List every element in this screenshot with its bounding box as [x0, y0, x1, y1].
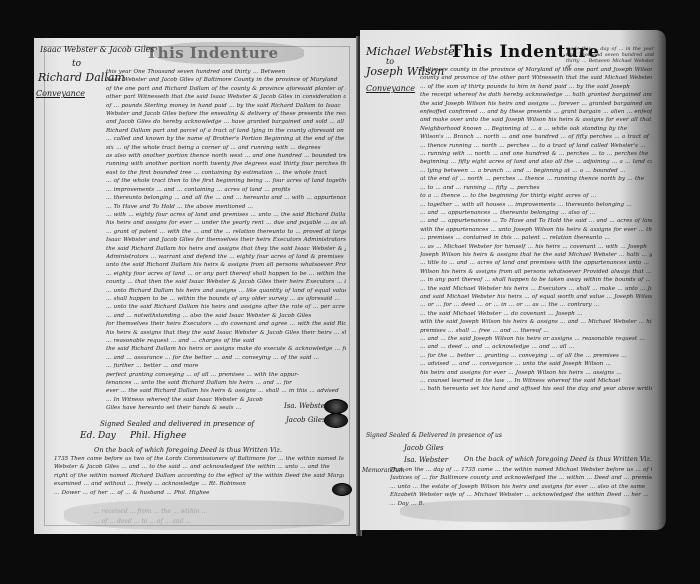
right-witness-2: Isa. Webster: [404, 456, 448, 464]
deed-text-line: the receipt whereof he doth hereby ackno…: [420, 91, 652, 99]
deed-text-line: ... together ... with all houses ... imp…: [420, 201, 652, 209]
deed-text-line: ... shall happen to be ... within the bo…: [106, 295, 346, 303]
left-margin-grantors: Isaac Webster & Jacob Giles: [40, 46, 155, 55]
deed-text-line: enfeoffed confirmed ... and by these pre…: [420, 108, 652, 116]
deed-text-line: Joseph Wilson his heirs & assigns that h…: [420, 251, 652, 259]
deed-text-line: premises ... shall ... free ... and ... …: [420, 327, 652, 335]
deed-text-line: Administrators ... warrant and defend th…: [106, 253, 346, 261]
deed-text-line: the said Joseph Wilson his heirs and ass…: [420, 100, 652, 108]
deed-text-line: the said Richard Dallam his heirs or ass…: [106, 345, 346, 353]
deed-text-line: his heirs & assigns that they the said I…: [106, 329, 346, 337]
deed-text-line: ... lying between ... a branch ... and .…: [420, 167, 652, 175]
right-margin-grantor: Michael Webster: [366, 46, 460, 58]
deed-register-book: Isaac Webster & Jacob Giles to Richard D…: [34, 36, 666, 536]
deed-text-line: to a ... thence ... to the beginning for…: [420, 192, 652, 200]
right-margin-type: Conveyance: [366, 85, 415, 94]
deed-text-line: Justices of ... for Baltimore county and…: [390, 474, 652, 482]
deed-text-line: ... grant of patent ... with the ... and…: [106, 228, 346, 236]
deed-text-line: That on the ... day of ... 1735 came ...…: [390, 466, 652, 474]
left-page: Isaac Webster & Jacob Giles to Richard D…: [34, 38, 358, 534]
right-witness-1: Jacob Giles: [404, 444, 444, 452]
deed-text-line: ... title to ... and ... acres of land a…: [420, 259, 652, 267]
deed-text-line: perfect granting conveying ... of all ..…: [106, 371, 346, 379]
deed-text-line: ... in any part thereof ... shall happen…: [420, 276, 652, 284]
deed-text-line: at the end of ... north ... perches ... …: [420, 175, 652, 183]
deed-text-line: ... or ... for ... deed ... or ... in ..…: [420, 301, 652, 309]
deed-text-line: examined ... and without ... freely ... …: [54, 480, 344, 488]
deed-text-line: this year One Thousand seven hundred and…: [106, 68, 346, 76]
deed-text-line: ... To Have and To Hold ... the above me…: [106, 203, 346, 211]
left-witness-intro: Signed Sealed and delivered in presence …: [100, 420, 254, 428]
deed-text-line: ... premises ... contained in this ... p…: [420, 234, 652, 242]
deed-text-line: of the one part and Richard Dallam of th…: [106, 85, 346, 93]
deed-text-line: ... hath hereunto set his hand and affix…: [420, 385, 652, 393]
deed-text-line: Webster & Jacob Giles ... and ... to the…: [54, 463, 344, 471]
deed-text-line: Isaac Webster and Jacob Giles for themse…: [106, 236, 346, 244]
deed-text-line: ... unto ... the estate of Joseph Wilson…: [390, 483, 652, 491]
left-signature-2: Jacob Giles: [286, 416, 326, 424]
deed-text-line: of ... pounds Sterling money in hand pai…: [106, 102, 346, 110]
deed-text-line: ... and ... appurtenances ... thereunto …: [420, 209, 652, 217]
deed-text-line: his heirs and assigns for ever ... Josep…: [420, 369, 652, 377]
deed-text-line: for themselves their heirs Executors ...…: [106, 320, 346, 328]
deed-text-line: Wilson's ... Branch ... north ... and on…: [420, 133, 652, 141]
deed-text-line: Richard Dallam part and parcel of a trac…: [106, 127, 346, 135]
right-witness-intro: Signed Sealed & Delivered in presence of…: [366, 432, 502, 439]
deed-text-line: ... reasonable request ... and ... charg…: [106, 337, 346, 345]
deed-text-line: ... and ... notwithstanding ... also the…: [106, 312, 346, 320]
left-signature-1: Isa. Webster: [284, 402, 328, 410]
deed-text-line: ever ... the said Richard Dallam his hei…: [106, 387, 346, 395]
right-deed-body: Baltimore county in the province of Mary…: [420, 66, 652, 394]
deed-text-line: and said Michael Webster his heirs ... o…: [420, 293, 652, 301]
deed-text-line: county ... that then the said Isaac Webs…: [106, 278, 346, 286]
deed-text-line: and make over unto the said Joseph Wilso…: [420, 116, 652, 124]
deed-text-line: right of the within named Richard Dallam…: [54, 472, 344, 480]
deed-text-line: ... advised ... and ... conveyance ... u…: [420, 360, 652, 368]
deed-text-line: six ... of the whole tract being a corne…: [106, 144, 346, 152]
deed-text-line: running with another portion north twent…: [106, 160, 346, 168]
deed-text-line: 1735 Then came before us two of the Lord…: [54, 455, 344, 463]
deed-text-line: ... of the whole tract then to the first…: [106, 177, 346, 185]
deed-text-line: Isaac Webster and Jacob Giles of Baltimo…: [106, 76, 346, 84]
deed-text-line: ... running with ... north ... and one h…: [420, 150, 652, 158]
wax-seal-icon: [324, 413, 348, 428]
deed-text-line: ... and ... deed ... and ... acknowledge…: [420, 343, 652, 351]
deed-text-line: ... the said Michael Webster ... do cove…: [420, 310, 652, 318]
deed-text-line: ... as ... Michael Webster for himself .…: [420, 243, 652, 251]
deed-text-line: ... unto Richard Dallam his heirs and as…: [106, 287, 346, 295]
deed-text-line: with the appurtenances ... unto Joseph W…: [420, 226, 652, 234]
deed-text-line: county and province of the other part Wi…: [420, 74, 652, 82]
left-page-title: This Indenture: [146, 44, 279, 62]
deed-text-line: as also with another portion thence nort…: [106, 152, 346, 160]
deed-text-line: Webster and Jacob Giles before the ensea…: [106, 110, 346, 118]
deed-text-line: other part Witnesseth that the said Isaa…: [106, 93, 346, 101]
deed-text-line: ... thence running ... north ... perches…: [420, 142, 652, 150]
deed-text-line: ... thereunto belonging ... and all the …: [106, 194, 346, 202]
deed-text-line: tenances ... unto the said Richard Dalla…: [106, 379, 346, 387]
deed-text-line: ... Dower ... of her ... of ... & husban…: [54, 489, 344, 497]
left-endorsement-heading: On the back of which foregoing Deed is t…: [94, 446, 282, 454]
left-margin-type: Conveyance: [36, 90, 85, 99]
deed-text-line: Neighborhood known ... Beginning at ... …: [420, 125, 652, 133]
deed-text-line: Wilson his heirs & assigns from all pers…: [420, 268, 652, 276]
deed-text-line: beginning ... fifty eight acres of land …: [420, 158, 652, 166]
deed-text-line: ... improvements ... and ... containing …: [106, 186, 346, 194]
deed-text-line: Elizabeth Webster wife of ... Michael We…: [390, 491, 652, 499]
left-endorsement-body: 1735 Then came before us two of the Lord…: [54, 455, 344, 497]
deed-text-line: ... unto the said Richard Dallam his hei…: [106, 303, 346, 311]
right-page: Michael Webster to Joseph Wilson Conveya…: [360, 30, 666, 530]
deed-text-line: ... eighty four acres of land ... or any…: [106, 270, 346, 278]
left-margin-to: to: [72, 60, 81, 70]
wax-seal-icon: [324, 399, 348, 414]
deed-text-line: ... with ... eighty four acres of land a…: [106, 211, 346, 219]
wax-seal-icon: [332, 483, 352, 496]
deed-text-line: ... further ... better ... and more: [106, 362, 346, 370]
deed-text-line: Baltimore county in the province of Mary…: [420, 66, 652, 74]
deed-text-line: ... and ... assurance ... for the better…: [106, 354, 346, 362]
deed-text-line: his heirs and assigns for ever ... under…: [106, 219, 346, 227]
left-witness-1: Ed. Day: [80, 431, 116, 441]
deed-text-line: ... to ... and ... running ... fifty ...…: [420, 184, 652, 192]
deed-text-line: the said Richard Dallam his heirs and as…: [106, 245, 346, 253]
deed-text-line: ... called and known by the name of Brot…: [106, 135, 346, 143]
deed-text-line: ... the said Michael Webster his heirs .…: [420, 285, 652, 293]
deed-text-line: ... for the ... better ... granting ... …: [420, 352, 652, 360]
deed-text-line: unto the said Richard Dallam his heirs &…: [106, 261, 346, 269]
left-deed-body: this year One Thousand seven hundred and…: [106, 68, 346, 413]
right-endorsement-heading: On the back of which foregoing Deed is t…: [464, 455, 652, 463]
deed-text-line: ... and ... the said Joseph Wilson his h…: [420, 335, 652, 343]
deed-text-line: ... and ... appurtenances ... To Have an…: [420, 217, 652, 225]
deed-text-line: with the said Joseph Wilson his heirs & …: [420, 318, 652, 326]
deed-text-line: and Jacob Giles do hereby acknowledge ..…: [106, 118, 346, 126]
deed-text-line: ... counsel learned in the law ... In Wi…: [420, 377, 652, 385]
deed-text-line: ... of the sum of thirty pounds to him i…: [420, 83, 652, 91]
left-witness-2: Phil. Highee: [130, 431, 186, 441]
deed-text-line: east to the first bounded tree ... conta…: [106, 169, 346, 177]
